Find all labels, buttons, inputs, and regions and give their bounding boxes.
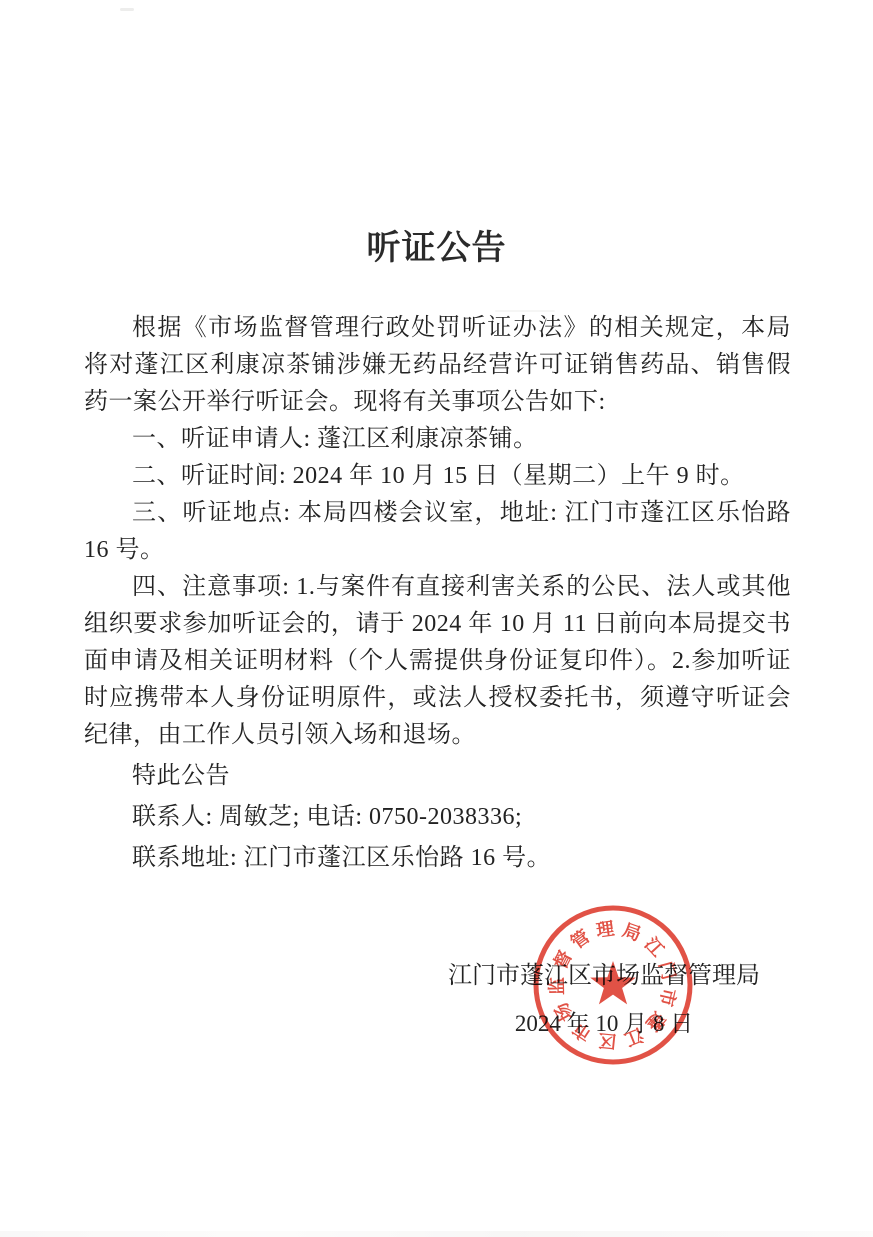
paragraph-applicant: 一、听证申请人: 蓬江区利康凉茶铺。 [84, 421, 791, 458]
seal-character: 江 [621, 1024, 646, 1050]
seal-character: 市 [568, 1018, 595, 1045]
paragraph-intro: 根据《市场监督管理行政处罚听证办法》的相关规定，本局将对蓬江区利康凉茶铺涉嫌无药… [84, 310, 791, 421]
paragraph-hearing-time: 二、听证时间: 2024 年 10 月 15 日（星期二）上午 9 时。 [84, 458, 791, 495]
document-title: 听证公告 [0, 220, 873, 269]
seal-character: 监 [546, 977, 567, 995]
seal-character: 市 [656, 986, 680, 1008]
seal-character: 场 [550, 999, 577, 1025]
paragraph-contact-address: 联系地址: 江门市蓬江区乐怡路 16 号。 [84, 840, 791, 877]
seal-character: 理 [595, 918, 617, 940]
paragraph-notes: 四、注意事项: 1.与案件有直接利害关系的公民、法人或其他组织要求参加听证会的，… [84, 569, 791, 754]
paragraph-closing: 特此公告 [84, 758, 791, 795]
scan-speck [120, 8, 134, 11]
document-body: 根据《市场监督管理行政处罚听证办法》的相关规定，本局将对蓬江区利康凉茶铺涉嫌无药… [84, 310, 791, 877]
official-seal: 江门市蓬江区市场监督管理局 [528, 900, 698, 1070]
scan-speck [495, 310, 555, 312]
seal-character: 区 [597, 1030, 617, 1052]
paragraph-contact-person: 联系人: 周敏芝; 电话: 0750-2038336; [84, 799, 791, 836]
seal-character: 局 [620, 920, 644, 945]
seal-character: 门 [655, 959, 680, 982]
seal-character: 蓬 [642, 1008, 670, 1035]
paragraph-hearing-place: 三、听证地点: 本局四楼会议室，地址: 江门市蓬江区乐怡路 16 号。 [84, 495, 791, 569]
scan-edge-artifact [0, 1231, 873, 1237]
document-page: 听证公告 根据《市场监督管理行政处罚听证办法》的相关规定，本局将对蓬江区利康凉茶… [0, 0, 873, 1237]
seal-character: 管 [567, 925, 594, 953]
seal-character: 江 [641, 934, 669, 962]
star-icon [590, 961, 636, 1004]
seal-character: 督 [549, 947, 576, 973]
